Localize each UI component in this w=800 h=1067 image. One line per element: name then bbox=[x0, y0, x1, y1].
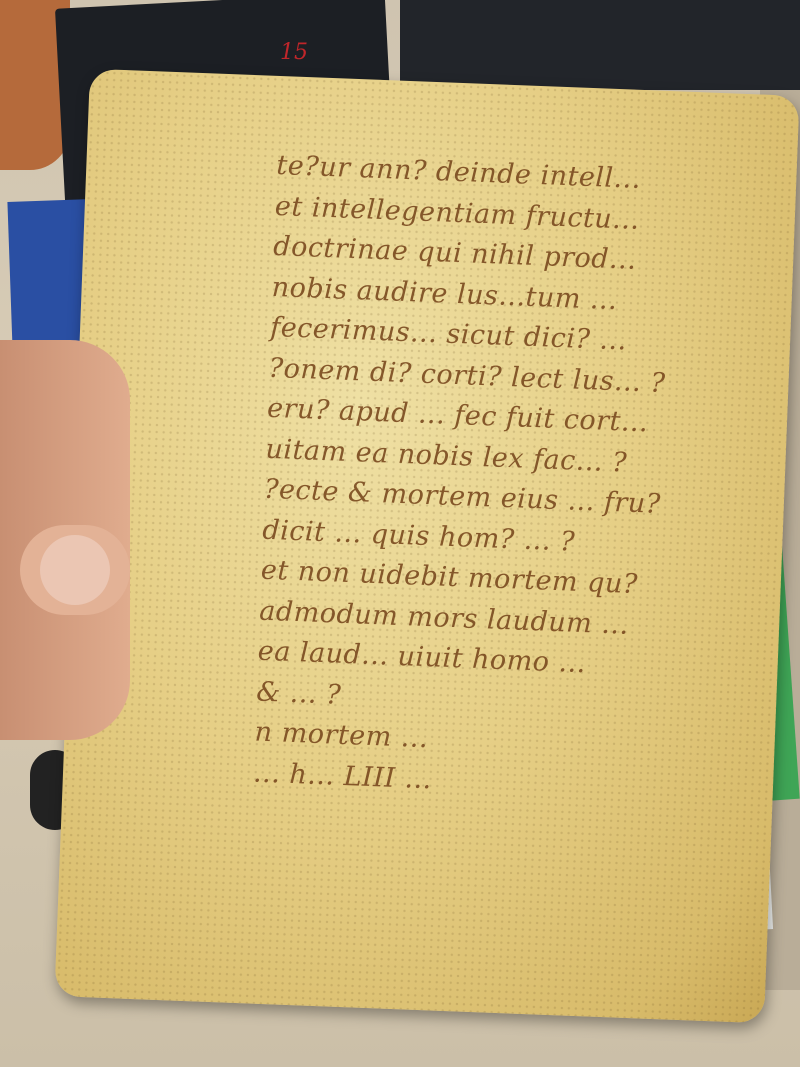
book-label: 15 bbox=[280, 40, 308, 65]
thumbnail bbox=[40, 535, 110, 605]
photo-scene: 15 te?ur ann? deinde intell... et intell… bbox=[0, 0, 800, 1067]
manuscript-fragment: te?ur ann? deinde intell... et intellege… bbox=[54, 69, 799, 1024]
manuscript-text: te?ur ann? deinde intell... et intellege… bbox=[252, 146, 757, 812]
monitor bbox=[400, 0, 800, 90]
